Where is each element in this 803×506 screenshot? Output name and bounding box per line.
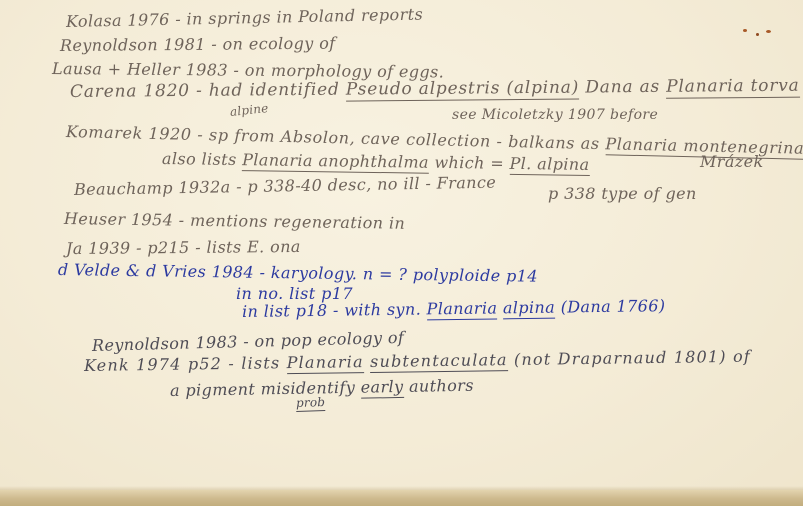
underlined-species-name: Planaria [286,352,363,374]
paper-speck [743,29,747,32]
underlined-species-name: Planaria anophthalma [242,150,429,174]
note-text: Carena 1820 - had identified [70,80,346,102]
index-card: Kolasa 1976 - in springs in Poland repor… [0,0,803,506]
note-line-reynoldson-1983: Reynoldson 1983 - on pop ecology of [92,328,405,355]
note-insert-see-micoletzky: see Micoletzky 1907 before [452,107,658,123]
underlined-species-name: Pl. alpina [509,154,589,176]
note-mrazek: Mrázek [700,152,764,171]
note-line-carena-1820: Carena 1820 - had identified Pseudo alpe… [70,76,800,102]
note-line-lausa-heller-1983: Lausa + Heller 1983 - on morphology of e… [52,59,444,81]
note-text: see Micoletzky 1907 before [452,107,658,123]
note-line-reynoldson-1981: Reynoldson 1981 - on ecology of [60,34,336,55]
note-text: Beauchamp 1932a - p 338-40 desc, no ill … [74,173,496,199]
note-line-also-lists: also lists Planaria anophthalma which = … [162,149,590,174]
note-insert-alpine: alpine [229,101,269,119]
note-text: Kolasa 1976 - in springs in Poland repor… [66,5,423,31]
paper-speck [756,33,759,36]
note-text: Kenk 1974 p52 - lists [84,353,287,375]
underlined-species-name: Planaria torva [666,76,800,99]
note-text: alpine [229,101,269,119]
underlined-species-name: Pseudo alpestris (alpina) [346,78,579,102]
note-text: Reynoldson 1981 - on ecology of [60,34,336,55]
note-line-kolasa-1976: Kolasa 1976 - in springs in Poland repor… [66,5,423,31]
note-text: authors [403,376,474,396]
note-insert-prob: prob [296,395,326,410]
note-text: prob [296,395,326,412]
note-text: (not Draparnaud 1801) of [508,347,752,369]
note-text: which = [429,153,510,173]
paper-speck [766,30,771,33]
note-text: Ja 1939 - p215 - lists E. ona [66,237,301,258]
card-bottom-edge [0,490,803,506]
note-line-ja-1939: Ja 1939 - p215 - lists E. ona [66,237,301,258]
note-text: d Velde & d Vries 1984 - karyology. n = … [58,260,538,286]
underlined-species-name: alpina [503,298,556,320]
note-text: Heuser 1954 - mentions regeneration in [64,209,405,233]
note-p338-type: p 338 type of gen [548,184,697,203]
underlined-species-name: Planaria [426,298,497,320]
note-text: a pigment misidentify [170,378,361,400]
note-text: Mrázek [700,152,764,171]
note-text: Komarek 1920 - sp from Absolon, cave col… [66,122,606,153]
note-line-beauchamp-1932a: Beauchamp 1932a - p 338-40 desc, no ill … [74,173,496,199]
note-text: Lausa + Heller 1983 - on morphology of e… [52,59,444,81]
note-text: in list p18 - with syn. [242,299,427,321]
note-line-heuser-1954: Heuser 1954 - mentions regeneration in [64,209,405,233]
underlined-species-name: subtentaculata [370,350,508,373]
note-text: Reynoldson 1983 - on pop ecology of [92,328,405,355]
note-text: (Dana 1766) [555,296,666,317]
note-line-velde-vries-1984: d Velde & d Vries 1984 - karyology. n = … [58,260,538,286]
underlined-word: early [361,377,404,399]
note-text: p 338 type of gen [548,184,697,203]
note-text: also lists [162,149,242,169]
note-text: Dana as [579,77,666,98]
